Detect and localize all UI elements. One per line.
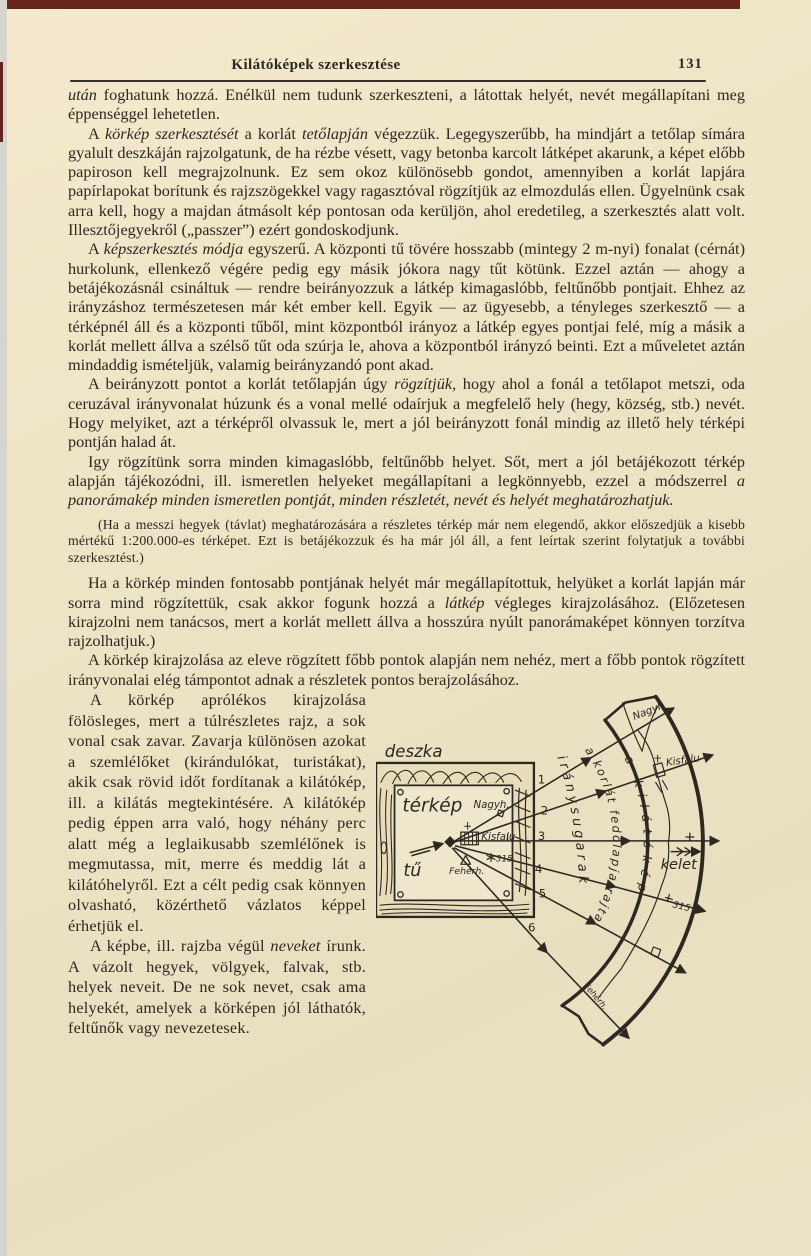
panorama-construction-figure: deszka térkép tű Nagyh. Kisfalu 315 Fehé… bbox=[376, 684, 800, 1110]
paragraph: A beirányzott pontot a korlát tetőlapján… bbox=[68, 374, 745, 451]
page-number: 131 bbox=[678, 56, 703, 73]
map-label: térkép bbox=[402, 796, 462, 817]
scan-edge-left bbox=[0, 0, 7, 1256]
paragraph: után foghatunk hozzá. Enélkül nem tudunk… bbox=[68, 85, 745, 124]
map-point-nagyh: Nagyh. bbox=[473, 800, 509, 811]
paragraph: A körkép szerkesztését a korlát tetőlapj… bbox=[68, 124, 745, 240]
arc-ray5-symbol bbox=[651, 947, 661, 957]
book-binding-edge bbox=[7, 0, 740, 9]
paragraph: Igy rögzítünk sorra minden kimagaslóbb, … bbox=[68, 452, 745, 510]
header-rule bbox=[70, 80, 706, 82]
map-point-kisfalu: Kisfalu bbox=[481, 832, 516, 843]
arc-point-feherh: Fehérh. bbox=[582, 981, 610, 1012]
svg-text:315: 315 bbox=[672, 899, 692, 914]
board-label: deszka bbox=[385, 742, 443, 761]
figure-drawing: deszka térkép tű Nagyh. Kisfalu 315 Fehé… bbox=[376, 684, 800, 1105]
ray-number-6: 6 bbox=[528, 921, 535, 935]
binding-shadow bbox=[0, 62, 3, 142]
east-direction: kelet bbox=[661, 833, 700, 873]
running-title: Kilátóképek szerkesztése bbox=[206, 57, 426, 74]
arc-point-nagyh: Nagyh bbox=[631, 700, 666, 723]
small-print-note: (Ha a messzi hegyek (távlat) meghatározá… bbox=[68, 517, 745, 568]
book-page: Kilátóképek szerkesztése 131 után foghat… bbox=[0, 0, 811, 1256]
ray-number-3: 3 bbox=[538, 829, 545, 843]
ray-number-2: 2 bbox=[541, 804, 548, 818]
paragraph: A képszerkesztés módja egyszerű. A közpo… bbox=[68, 239, 745, 374]
svg-text:Kisfalu: Kisfalu bbox=[665, 753, 701, 769]
ray-number-4: 4 bbox=[535, 862, 542, 876]
map-point-feherh: Fehérh. bbox=[449, 866, 484, 877]
arc-caption-line1: a korlát fedőlapja rajta bbox=[582, 744, 624, 926]
arc-bottom-cut bbox=[562, 1006, 603, 1045]
arc-height-point: 315 bbox=[665, 895, 691, 915]
rays-word: iránysugarak bbox=[553, 754, 590, 888]
needle-label: tű bbox=[403, 861, 421, 881]
map-point-height: 315 bbox=[496, 854, 513, 864]
ray-number-1: 1 bbox=[538, 772, 545, 786]
paragraph: Ha a körkép minden fontosabb pontjának h… bbox=[68, 573, 745, 650]
ray-number-5: 5 bbox=[539, 886, 546, 900]
two-column-section: deszka térkép tű Nagyh. Kisfalu 315 Fehé… bbox=[68, 690, 745, 1110]
page-content: után foghatunk hozzá. Enélkül nem tudunk… bbox=[68, 85, 745, 1110]
east-label: kelet bbox=[661, 856, 698, 873]
